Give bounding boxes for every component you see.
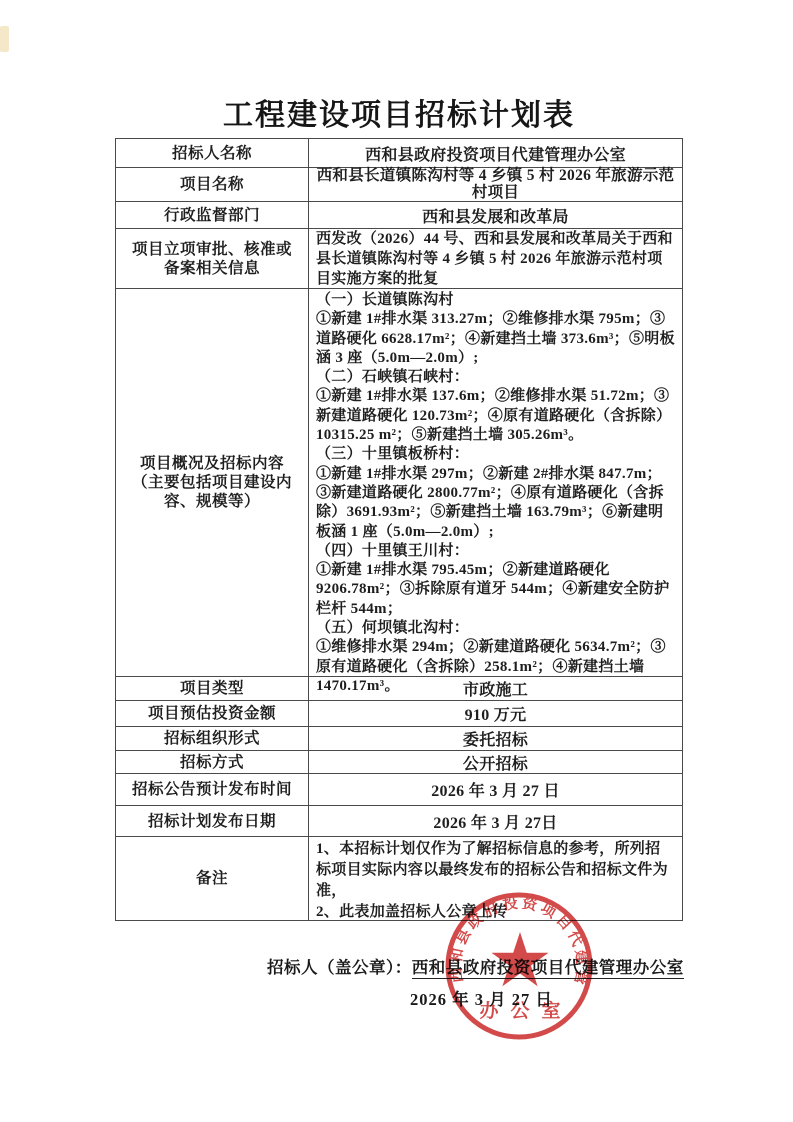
table-row-project-type: 项目类型 市政施工 [116,677,682,701]
row-label: 项目预估投资金额 [116,701,309,726]
row-label: 招标计划发布日期 [116,806,309,836]
scan-artifact [0,26,9,52]
table-row-approval-info: 项目立项审批、核准或备案相关信息 西发改（2026）44 号、西和县发展和改革局… [116,229,682,289]
table-row-organization-form: 招标组织形式 委托招标 [116,727,682,751]
row-label: 项目立项审批、核准或备案相关信息 [116,229,309,288]
row-label: 项目名称 [116,168,309,201]
row-value: 市政施工 [309,677,682,700]
document-page: 工程建设项目招标计划表 招标人名称 西和县政府投资项目代建管理办公室 项目名称 … [0,0,793,1122]
row-value: 2026 年 3 月 27日 [309,806,682,836]
table-row-project-overview: 项目概况及招标内容（主要包括项目建设内容、规模等） （一）长道镇陈沟村 ①新建 … [116,289,682,677]
row-value: 委托招标 [309,727,682,750]
bidding-plan-table: 招标人名称 西和县政府投资项目代建管理办公室 项目名称 西和县长道镇陈沟村等 4… [115,138,683,921]
table-row-bidding-method: 招标方式 公开招标 [116,751,682,774]
row-value: 西和县长道镇陈沟村等 4 乡镇 5 村 2026 年旅游示范村项目 [309,168,682,201]
row-value: 910 万元 [309,701,682,726]
table-row-estimated-investment: 项目预估投资金额 910 万元 [116,701,682,727]
row-label: 备注 [116,837,309,920]
row-label: 行政监督部门 [116,202,309,228]
page-title: 工程建设项目招标计划表 [115,90,683,134]
row-value: 1、本招标计划仅作为了解招标信息的参考，所列招标项目实际内容以最终发布的招标公告… [309,837,682,920]
row-label: 招标方式 [116,751,309,773]
table-row-remarks: 备注 1、本招标计划仅作为了解招标信息的参考，所列招标项目实际内容以最终发布的招… [116,837,682,920]
table-row-supervisory-dept: 行政监督部门 西和县发展和改革局 [116,202,682,229]
signer-label: 招标人（盖公章）： [267,958,412,977]
row-label: 招标公告预计发布时间 [116,774,309,805]
row-value: 西发改（2026）44 号、西和县发展和改革局关于西和县长道镇陈沟村等 4 乡镇… [309,229,682,288]
row-label: 招标组织形式 [116,727,309,750]
row-label: 项目概况及招标内容（主要包括项目建设内容、规模等） [116,289,309,676]
row-value: （一）长道镇陈沟村 ①新建 1#排水渠 313.27m；②维修排水渠 795m；… [309,289,682,676]
table-row-plan-publish-date: 招标计划发布日期 2026 年 3 月 27日 [116,806,682,837]
row-value: 西和县发展和改革局 [309,202,682,228]
table-row-project-name: 项目名称 西和县长道镇陈沟村等 4 乡镇 5 村 2026 年旅游示范村项目 [116,168,682,202]
row-value: 西和县政府投资项目代建管理办公室 [309,139,682,167]
row-value: 2026 年 3 月 27 日 [309,774,682,805]
signer-line: 招标人（盖公章）：西和县政府投资项目代建管理办公室 [267,954,684,978]
row-label: 招标人名称 [116,139,309,167]
row-label: 项目类型 [116,677,309,700]
table-row-announcement-date: 招标公告预计发布时间 2026 年 3 月 27 日 [116,774,682,806]
signature-date: 2026 年 3 月 27 日 [410,986,553,1010]
signer-name: 西和县政府投资项目代建管理办公室 [412,958,684,979]
row-value: 公开招标 [309,751,682,773]
table-row-bidder-name: 招标人名称 西和县政府投资项目代建管理办公室 [116,139,682,168]
